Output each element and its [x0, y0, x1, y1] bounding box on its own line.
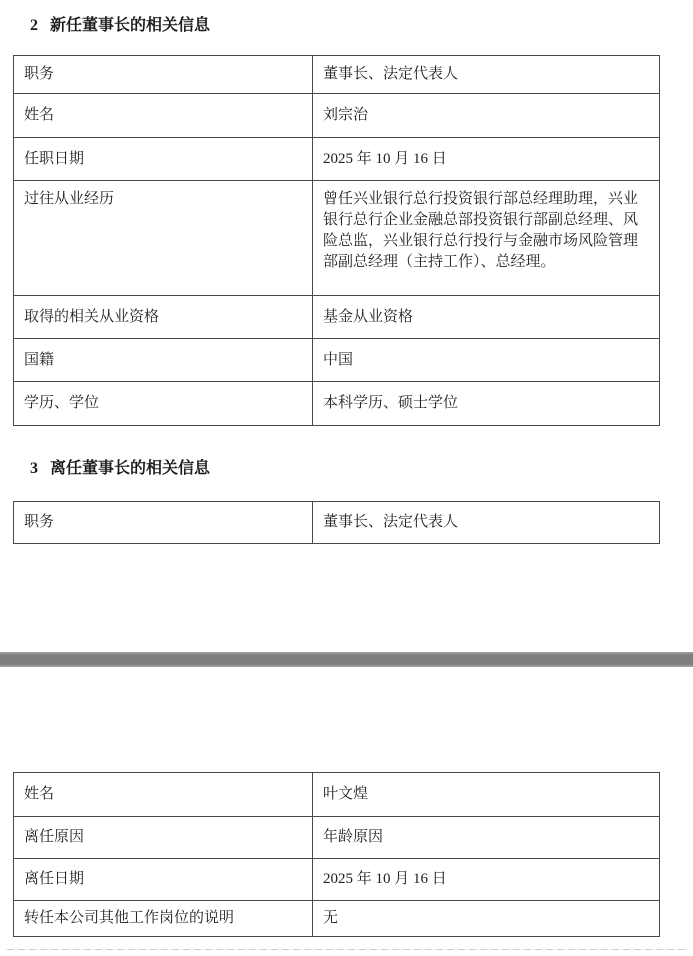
row-value: 2025 年 10 月 16 日 [313, 138, 660, 181]
table-row: 学历、学位 本科学历、硕士学位 [14, 382, 660, 426]
row-label: 职务 [14, 502, 313, 544]
row-label: 离任日期 [14, 859, 313, 901]
row-label: 职务 [14, 56, 313, 94]
row-value: 年龄原因 [313, 817, 660, 859]
table-row: 离任日期 2025 年 10 月 16 日 [14, 859, 660, 901]
departing-chairman-position-table: 职务 董事长、法定代表人 [13, 501, 660, 544]
row-value: 无 [313, 901, 660, 937]
table-row: 转任本公司其他工作岗位的说明 无 [14, 901, 660, 937]
section-heading-new-chairman: 2新任董事长的相关信息 [30, 12, 210, 35]
row-label: 学历、学位 [14, 382, 313, 426]
table-row: 取得的相关从业资格 基金从业资格 [14, 296, 660, 339]
row-value: 刘宗治 [313, 94, 660, 138]
cutoff-next-row-line [7, 949, 688, 950]
section-title: 离任董事长的相关信息 [50, 460, 210, 477]
table-row: 姓名 叶文煌 [14, 773, 660, 817]
table-row: 国籍 中国 [14, 339, 660, 382]
table-row: 职务 董事长、法定代表人 [14, 502, 660, 544]
page-break-divider [0, 652, 693, 667]
section-heading-departing-chairman: 3离任董事长的相关信息 [30, 455, 210, 478]
row-label: 取得的相关从业资格 [14, 296, 313, 339]
new-chairman-info-table: 职务 董事长、法定代表人 姓名 刘宗治 任职日期 2025 年 10 月 16 … [13, 55, 660, 426]
departing-chairman-details-table: 姓名 叶文煌 离任原因 年龄原因 离任日期 2025 年 10 月 16 日 转… [13, 772, 660, 937]
row-label: 任职日期 [14, 138, 313, 181]
table-row: 过往从业经历 曾任兴业银行总行投资银行部总经理助理，兴业银行总行企业金融总部投资… [14, 181, 660, 296]
row-label: 国籍 [14, 339, 313, 382]
row-value: 董事长、法定代表人 [313, 56, 660, 94]
table-row: 职务 董事长、法定代表人 [14, 56, 660, 94]
table-row: 姓名 刘宗治 [14, 94, 660, 138]
document-page: 2新任董事长的相关信息 职务 董事长、法定代表人 姓名 刘宗治 任职日期 202… [0, 0, 693, 956]
row-value: 基金从业资格 [313, 296, 660, 339]
row-label: 离任原因 [14, 817, 313, 859]
row-value: 中国 [313, 339, 660, 382]
row-label: 过往从业经历 [14, 181, 313, 296]
row-label: 转任本公司其他工作岗位的说明 [14, 901, 313, 937]
row-value: 本科学历、硕士学位 [313, 382, 660, 426]
row-value: 叶文煌 [313, 773, 660, 817]
table-row: 离任原因 年龄原因 [14, 817, 660, 859]
table-row: 任职日期 2025 年 10 月 16 日 [14, 138, 660, 181]
row-label: 姓名 [14, 94, 313, 138]
section-title: 新任董事长的相关信息 [50, 17, 210, 34]
row-value: 董事长、法定代表人 [313, 502, 660, 544]
row-value: 2025 年 10 月 16 日 [313, 859, 660, 901]
row-value: 曾任兴业银行总行投资银行部总经理助理，兴业银行总行企业金融总部投资银行部副总经理… [313, 181, 660, 296]
section-number: 2 [30, 17, 38, 35]
section-number: 3 [30, 460, 38, 478]
row-label: 姓名 [14, 773, 313, 817]
